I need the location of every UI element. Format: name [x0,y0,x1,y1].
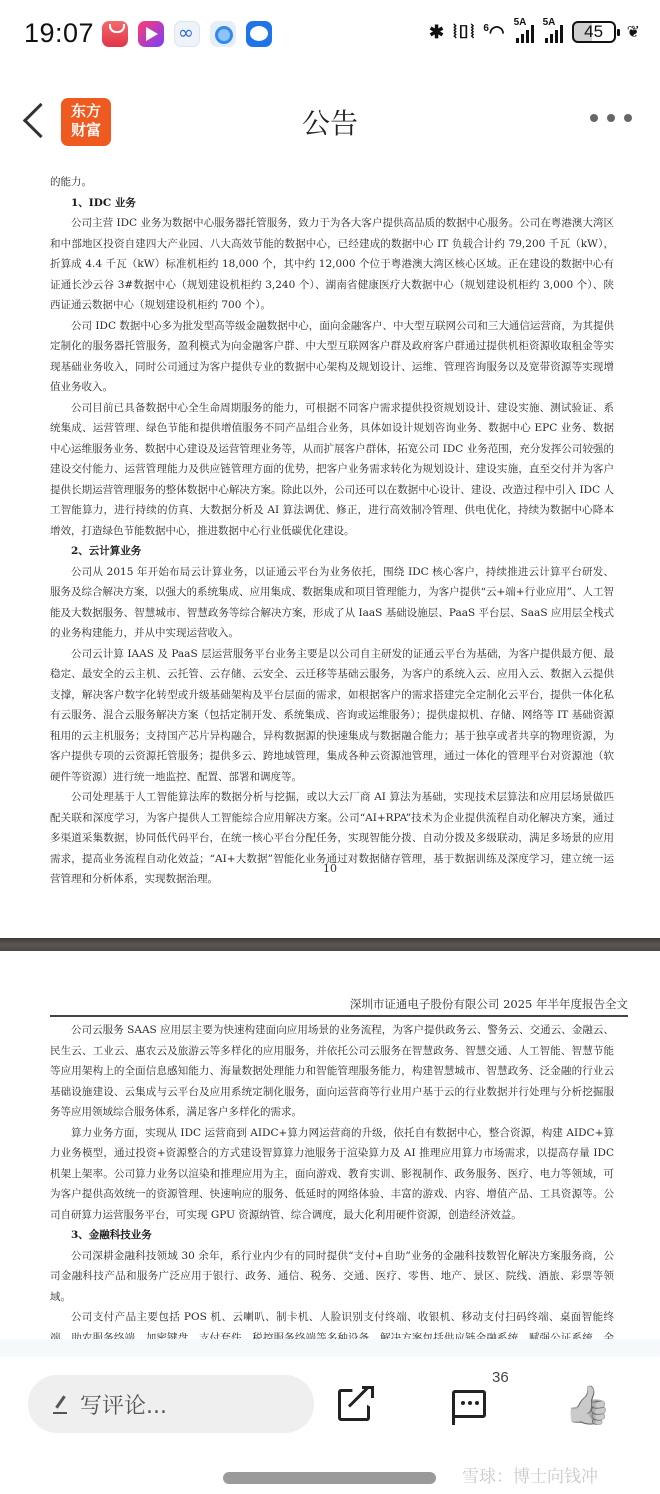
paragraph: 公司云服务 SAAS 应用层主要为快速构建面向应用场景的业务流程，为客户提供政务… [50,1020,614,1123]
bluetooth-icon: ✱ [429,22,444,43]
more-dot-icon [590,114,598,122]
cellular-signal-1-icon: 5A [514,21,534,43]
section-heading-cloud: 2、云计算业务 [50,541,614,562]
like-button[interactable]: 👍 [564,1385,604,1425]
home-indicator[interactable] [223,1472,436,1484]
thumbs-up-icon: 👍 [564,1383,611,1427]
paragraph: 公司深耕金融科技领域 30 余年，系行业内少有的同时提供“支付+自助”业务的金融… [50,1246,614,1308]
page-separator [0,938,660,951]
link-app-icon [174,21,200,47]
paragraph: 算力业务方面，实现从 IDC 运营商到 AIDC+算力网运营商的升级，依托自有数… [50,1123,614,1226]
cellular-signal-2-icon: 5A [543,21,563,43]
battery-level: 45 [584,22,603,42]
document-page-10: 的能力。 1、IDC 业务 公司主营 IDC 业务为数据中心服务器托管服务，致力… [50,172,614,890]
page-title: 公告 [0,102,660,142]
more-options-button[interactable] [590,114,632,122]
comment-placeholder: 写评论... [80,1389,167,1420]
more-dot-icon [607,114,615,122]
share-arrowhead-icon [362,1386,374,1398]
page-running-header: 深圳市证通电子股份有限公司 2025 年半年度报告全文 [50,996,628,1017]
vibrate-icon: ⦚▯⦚ [453,22,474,43]
share-button[interactable] [336,1385,376,1425]
camera-app-icon [210,21,236,47]
status-bar: 19:07 ✱ ⦚▯⦚ 6◠ 5A 5A 45 ❦ [0,0,660,72]
ellipsis-icon [461,1401,479,1405]
paragraph: 公司云计算 IAAS 及 PaaS 层运营服务平台业务主要是以公司自主研发的证通… [50,644,614,788]
pencil-icon [52,1393,70,1415]
wifi-icon: 6◠ [483,22,504,43]
video-app-icon [138,21,164,47]
power-saving-leaf-icon: ❦ [627,22,640,42]
app-gallery-icon [102,21,128,47]
paragraph: 公司从 2015 年开始布局云计算业务，以证通云平台为业务依托，围绕 IDC 核… [50,562,614,644]
paragraph: 的能力。 [50,172,614,193]
document-page-11: 公司云服务 SAAS 应用层主要为快速构建面向应用场景的业务流程，为客户提供政务… [50,1020,614,1356]
battery-icon: 45 [572,21,616,43]
clock: 19:07 [24,18,94,49]
watermark: 雪球：博士向钱冲 [462,1462,598,1487]
comment-count-badge: 36 [492,1369,509,1386]
announcement-document-viewer[interactable]: 的能力。 1、IDC 业务 公司主营 IDC 业务为数据中心服务器托管服务，致力… [0,160,660,1356]
paragraph: 公司 IDC 数据中心多为批发型高等级金融数据中心，面向金融客户、中大型互联网公… [50,316,614,398]
paragraph: 公司目前已具备数据中心全生命周期服务的能力，可根据不同客户需求提供投资规划设计、… [50,398,614,542]
paragraph: 公司主营 IDC 业务为数据中心服务器托管服务，致力于为各大客户提供高品质的数据… [50,213,614,316]
write-comment-input[interactable]: 写评论... [28,1375,314,1433]
comment-bubble-tail-icon [452,1415,455,1425]
status-indicators: ✱ ⦚▯⦚ 6◠ 5A 5A 45 ❦ [429,21,640,43]
page-number: 10 [0,862,660,875]
section-heading-fintech: 3、金融科技业务 [50,1225,614,1246]
top-navigation-bar: 东方 财富 公告 [0,84,660,160]
comments-button[interactable] [450,1385,490,1425]
more-dot-icon [624,114,632,122]
notification-app-icons [102,21,272,47]
section-heading-idc: 1、IDC 业务 [50,193,614,214]
messages-app-icon [246,21,272,47]
